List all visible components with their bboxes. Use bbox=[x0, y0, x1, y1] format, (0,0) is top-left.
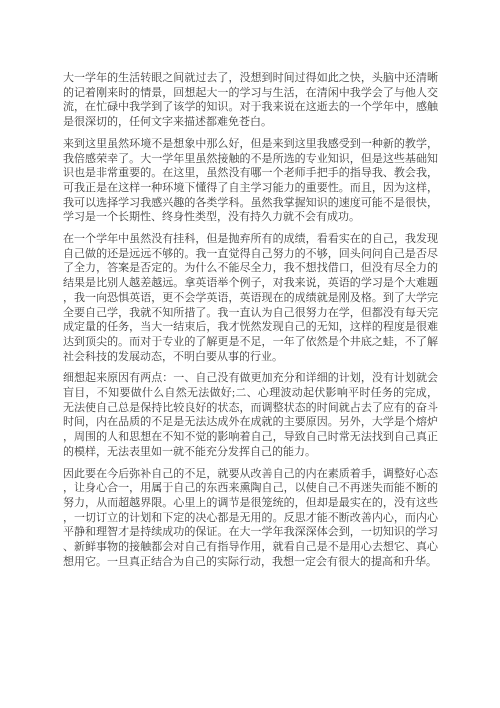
paragraph-1: 大一学年的生活转眼之间就过去了，没想到时间过得如此之快，头脑中还清晰的记着刚来时… bbox=[63, 71, 438, 130]
document-page: 大一学年的生活转眼之间就过去了，没想到时间过得如此之快，头脑中还清晰的记着刚来时… bbox=[0, 0, 500, 708]
paragraph-4: 细想起来原因有两点：一、自己没有做更加充分和详细的计划，没有计划就会盲目，不知要… bbox=[63, 371, 438, 459]
essay-body: 大一学年的生活转眼之间就过去了，没想到时间过得如此之快，头脑中还清晰的记着刚来时… bbox=[63, 71, 438, 577]
paragraph-5: 因此要在今后弥补自己的不足，就要从改善自己的内在素质着手，调整好心态，让身心合一… bbox=[63, 467, 438, 570]
paragraph-2: 来到这里虽然环境不是想象中那么好，但是来到这里我感受到一种新的教学，我倍感荣幸了… bbox=[63, 137, 438, 225]
paragraph-3: 在一个学年中虽然没有挂科，但是抛弃所有的成绩，看看实在的自己，我发现自己做的还是… bbox=[63, 232, 438, 364]
